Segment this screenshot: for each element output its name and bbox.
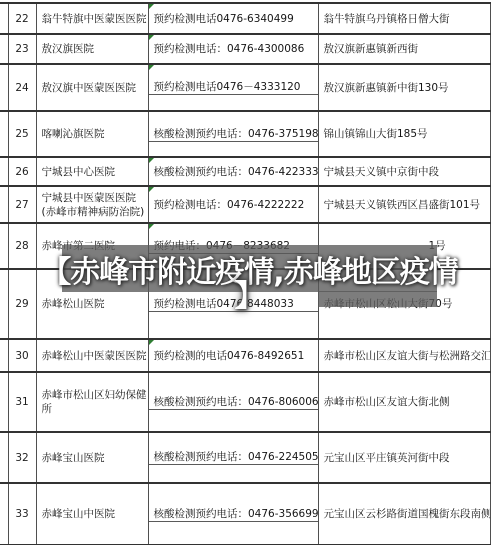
- phone-text: 预约检测电话0476-6340499: [149, 12, 318, 26]
- row-number-cell: 29: [8, 269, 36, 339]
- excel-green-corner-icon: [149, 4, 154, 9]
- phone-cell: 核酸检测预约电话：0476-3566992: [148, 483, 318, 545]
- phone-text: 预约电话：0476－8233682: [149, 239, 318, 254]
- table-row: 31赤峰市松山区妇幼保健所核酸检测预约电话：0476-8060061赤峰市松山区…: [0, 372, 490, 432]
- phone-text: 核酸检测预约电话：0476-4223333: [149, 165, 318, 179]
- row-gutter-cell: [0, 111, 8, 157]
- phone-text: 核酸检测预约电话：0476-3566992: [149, 507, 318, 522]
- phone-cell: 预约电话：0476－8233682: [148, 223, 318, 269]
- phone-cell: 预约检测的电话0476-8492651: [148, 339, 318, 372]
- excel-green-corner-icon: [149, 35, 154, 40]
- row-number-cell: 26: [8, 157, 36, 186]
- phone-cell: 预约检测电话0476-6340499: [148, 3, 318, 34]
- phone-cell: 预约检测电话：0476-4222222: [148, 186, 318, 223]
- excel-green-corner-icon: [149, 224, 154, 229]
- excel-green-corner-icon: [149, 65, 154, 70]
- hospital-table: 22翁牛特旗中医蒙医医院预约检测电话0476-6340499翁牛特旗乌丹镇格日僧…: [0, 2, 491, 545]
- table-row: 25喀喇沁旗医院核酸检测预约电话：0476-3751985锦山镇锦山大街185号: [0, 111, 490, 157]
- row-number-cell: 33: [8, 483, 36, 545]
- hospital-name-cell: 喀喇沁旗医院: [36, 111, 148, 157]
- hospital-name-cell: 宁城县中医蒙医医院(赤峰市精神病防治院): [36, 186, 148, 223]
- address-cell: 敖汉旗新惠镇新中街130号: [318, 64, 490, 111]
- table-row: 30赤峰松山中医蒙医医院预约检测的电话0476-8492651赤峰市松山区友谊大…: [0, 339, 490, 372]
- address-cell: 翁牛特旗乌丹镇格日僧大街: [318, 3, 490, 34]
- row-gutter-cell: [0, 372, 8, 432]
- row-number-cell: 27: [8, 186, 36, 223]
- row-gutter-cell: [0, 269, 8, 339]
- phone-text: 预约检测电话：0476-4222222: [149, 198, 318, 212]
- row-gutter-cell: [0, 432, 8, 483]
- hospital-table-body: 22翁牛特旗中医蒙医医院预约检测电话0476-6340499翁牛特旗乌丹镇格日僧…: [0, 3, 490, 545]
- phone-text: 预约检测的电话0476-8492651: [149, 349, 318, 363]
- hospital-name-cell: 敖汉旗医院: [36, 34, 148, 64]
- table-row: 27宁城县中医蒙医医院(赤峰市精神病防治院)预约检测电话：0476-422222…: [0, 186, 490, 223]
- phone-cell: 核酸检测预约电话：0476-8060061: [148, 372, 318, 432]
- row-gutter-cell: [0, 186, 8, 223]
- hospital-name-cell: 赤峰市第二医院: [36, 223, 148, 269]
- phone-text: 核酸检测预约电话：0476-2245051: [149, 450, 318, 465]
- table-row: 29赤峰松山医院预约检测电话0476-8448033赤峰市松山区松山大街70号: [0, 269, 490, 339]
- row-gutter-cell: [0, 34, 8, 64]
- table-row: 24敖汉旗中医蒙医医院预约检测电话0476－4333120敖汉旗新惠镇新中街13…: [0, 64, 490, 111]
- row-gutter-cell: [0, 64, 8, 111]
- row-number-cell: 24: [8, 64, 36, 111]
- address-cell: 敖汉旗新惠镇新西街: [318, 34, 490, 64]
- phone-text: 核酸检测预约电话：0476-8060061: [149, 395, 318, 410]
- row-gutter-cell: [0, 157, 8, 186]
- excel-green-corner-icon: [149, 340, 154, 345]
- phone-cell: 核酸检测预约电话：0476-4223333: [148, 157, 318, 186]
- excel-green-corner-icon: [149, 158, 154, 163]
- table-row: 33赤峰宝山中医院核酸检测预约电话：0476-3566992元宝山区云杉路街道国…: [0, 483, 490, 545]
- table-row: 28赤峰市第二医院预约电话：0476－8233682 1号: [0, 223, 490, 269]
- row-gutter-cell: [0, 483, 8, 545]
- table-row: 22翁牛特旗中医蒙医医院预约检测电话0476-6340499翁牛特旗乌丹镇格日僧…: [0, 3, 490, 34]
- hospital-name-cell: 宁城县中心医院: [36, 157, 148, 186]
- address-cell: 锦山镇锦山大街185号: [318, 111, 490, 157]
- row-number-cell: 25: [8, 111, 36, 157]
- phone-cell: 预约检测电话0476－4333120: [148, 64, 318, 111]
- phone-cell: 核酸检测预约电话：0476-3751985: [148, 111, 318, 157]
- hospital-name-cell: 敖汉旗中医蒙医医院: [36, 64, 148, 111]
- address-cell: 元宝山区云杉路街道国槐街东段南侧: [318, 483, 490, 545]
- row-number-cell: 31: [8, 372, 36, 432]
- address-cell: 宁城县天义镇中京街中段: [318, 157, 490, 186]
- phone-text: 核酸检测预约电话：0476-3751985: [149, 127, 318, 142]
- phone-cell: 核酸检测预约电话：0476-2245051: [148, 432, 318, 483]
- address-cell: 宁城县天义镇铁西区昌盛街101号: [318, 186, 490, 223]
- address-cell: 赤峰市松山区松山大街70号: [318, 269, 490, 339]
- hospital-name-cell: 赤峰松山中医蒙医医院: [36, 339, 148, 372]
- row-number-cell: 22: [8, 3, 36, 34]
- hospital-name-cell: 赤峰松山医院: [36, 269, 148, 339]
- screenshot-root: 22翁牛特旗中医蒙医医院预约检测电话0476-6340499翁牛特旗乌丹镇格日僧…: [0, 0, 500, 545]
- row-number-cell: 23: [8, 34, 36, 64]
- phone-text: 预约检测电话0476-8448033: [149, 297, 318, 312]
- row-gutter-cell: [0, 223, 8, 269]
- hospital-name-cell: 赤峰宝山医院: [36, 432, 148, 483]
- address-cell: 元宝山区平庄镇英河街中段: [318, 432, 490, 483]
- row-number-cell: 32: [8, 432, 36, 483]
- excel-green-corner-icon: [149, 187, 154, 192]
- phone-cell: 预约检测电话：0476-4300086: [148, 34, 318, 64]
- phone-cell: 预约检测电话0476-8448033: [148, 269, 318, 339]
- table-row: 23敖汉旗医院预约检测电话：0476-4300086敖汉旗新惠镇新西街: [0, 34, 490, 64]
- address-cell: 赤峰市松山区友谊大街北侧: [318, 372, 490, 432]
- row-gutter-cell: [0, 3, 8, 34]
- phone-text: 预约检测电话：0476-4300086: [149, 42, 318, 56]
- phone-text: 预约检测电话0476－4333120: [149, 80, 318, 95]
- row-gutter-cell: [0, 339, 8, 372]
- row-number-cell: 28: [8, 223, 36, 269]
- hospital-name-cell: 赤峰宝山中医院: [36, 483, 148, 545]
- hospital-name-cell: 赤峰市松山区妇幼保健所: [36, 372, 148, 432]
- table-row: 32赤峰宝山医院核酸检测预约电话：0476-2245051元宝山区平庄镇英河街中…: [0, 432, 490, 483]
- table-row: 26宁城县中心医院核酸检测预约电话：0476-4223333宁城县天义镇中京街中…: [0, 157, 490, 186]
- address-cell: 1号: [318, 223, 490, 269]
- address-cell: 赤峰市松山区友谊大街与松洲路交汇处: [318, 339, 490, 372]
- hospital-name-cell: 翁牛特旗中医蒙医医院: [36, 3, 148, 34]
- row-number-cell: 30: [8, 339, 36, 372]
